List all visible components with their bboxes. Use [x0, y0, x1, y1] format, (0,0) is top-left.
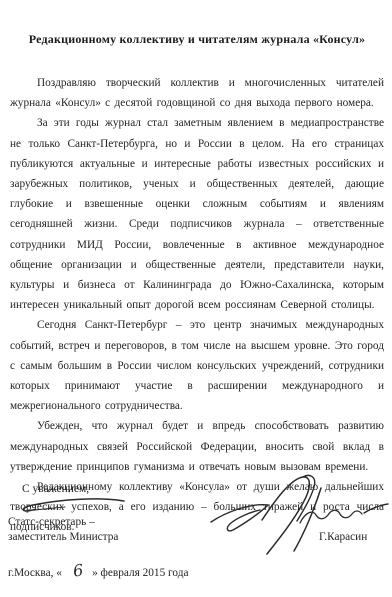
dateline-city: г.Москва, « [8, 567, 62, 579]
pen-flourish-icon [11, 497, 129, 515]
salutation-text: С уважением, [22, 483, 89, 495]
position-line: Статс-секретарь – [8, 515, 118, 530]
dateline: г.Москва, «6» февраля 2015 года [8, 561, 188, 580]
handwritten-day: 6 [72, 560, 85, 580]
dateline-rest: » февраля 2015 года [92, 567, 188, 579]
signatory-position: Статс-секретарь – заместитель Министра [8, 515, 118, 545]
letter-page: Редакционному коллективу и читателям жур… [0, 0, 392, 597]
letter-body: Редакционному коллективу и читателям жур… [10, 32, 384, 538]
paragraph: Убежден, что журнал будет и впредь спосо… [10, 416, 384, 477]
paragraph: Поздравляю творческий коллектив и многоч… [10, 73, 384, 113]
paragraph: За эти годы журнал стал заметным явление… [10, 113, 384, 315]
position-line: заместитель Министра [8, 530, 118, 545]
letter-title: Редакционному коллективу и читателям жур… [10, 32, 384, 47]
paragraph: Сегодня Санкт-Петербург – это центр знач… [10, 315, 384, 416]
signatory-name: Г.Карасин [319, 531, 367, 543]
signature-icon [204, 474, 390, 560]
